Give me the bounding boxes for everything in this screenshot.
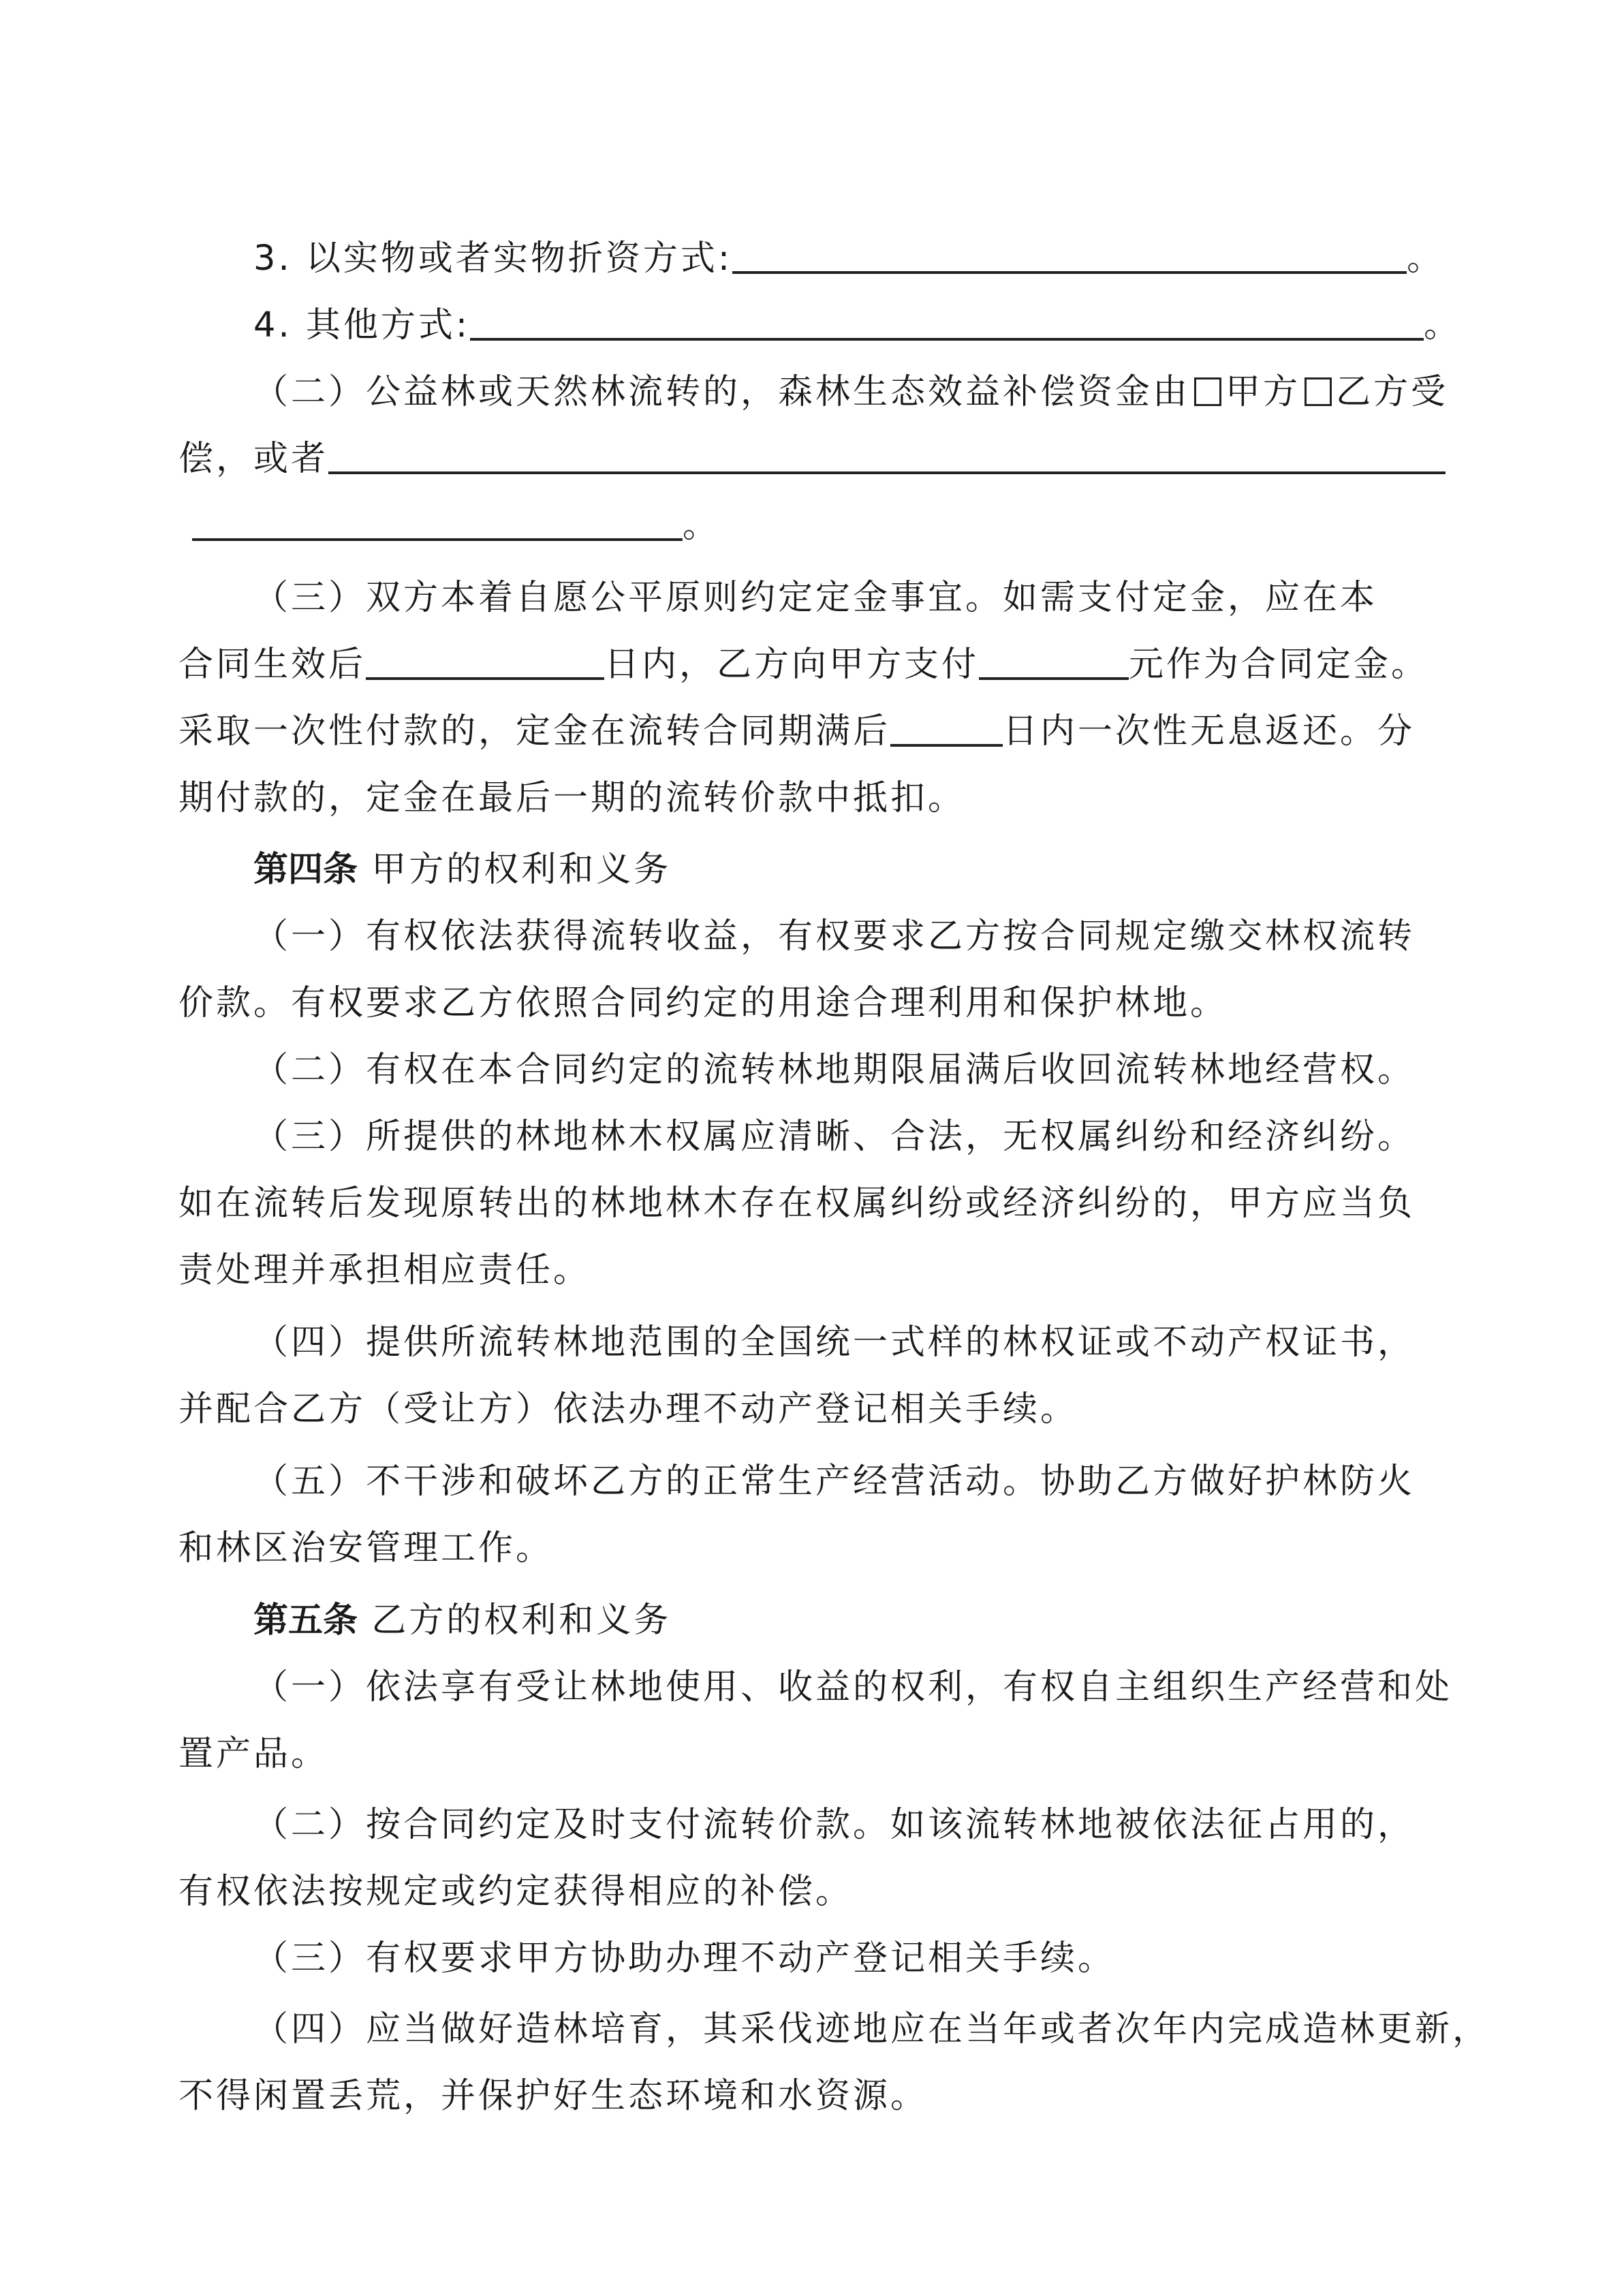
clause-3-3-line2: 合同生效后日内，乙方向甲方支付元作为合同定金。 [178, 632, 1459, 698]
clause-4-5-line2: 和林区治安管理工作。 [178, 1515, 1459, 1582]
clause-4-3-line2: 如在流转后发现原转出的林地林木存在权属纠纷或经济纠纷的，甲方应当负 [178, 1171, 1459, 1237]
label-party-a: 甲方 [1225, 372, 1300, 412]
article-title: 乙方的权利和义务 [371, 1600, 671, 1641]
clause-4-1-line1: （一）有权依法获得流转收益，有权要求乙方按合同规定缴交林权流转 [253, 903, 1459, 970]
blank-field-days[interactable] [366, 635, 604, 680]
blank-field-compensation[interactable] [328, 429, 1446, 474]
label-in-kind: 3. 以实物或者实物折资方式: [253, 238, 732, 279]
text: 日内一次性无息返还。分 [1003, 711, 1415, 751]
clause-3-2-line1: （二）公益林或天然林流转的，森林生态效益补偿资金由甲方乙方受 [253, 359, 1459, 426]
blank-field-compensation-cont[interactable] [192, 496, 683, 541]
checkbox-party-b[interactable] [1305, 377, 1332, 406]
label-other-method: 4. 其他方式: [253, 305, 470, 345]
clause-3-3-line4: 期付款的，定金在最后一期的流转价款中抵扣。 [178, 765, 1459, 832]
clause-3-2-line2: 偿，或者 [178, 426, 1459, 493]
article-title: 甲方的权利和义务 [371, 850, 671, 890]
clause-4-2: （二）有权在本合同约定的流转林地期限届满后收回流转林地经营权。 [253, 1037, 1459, 1104]
article-number: 第五条 [253, 1600, 358, 1641]
text: 合同生效后 [178, 645, 366, 685]
clause-4-1-line2: 价款。有权要求乙方依照合同约定的用途合理利用和保护林地。 [178, 970, 1459, 1037]
article-5-heading: 第五条 乙方的权利和义务 [253, 1587, 1459, 1654]
clause-4-4-line2: 并配合乙方（受让方）依法办理不动产登记相关手续。 [178, 1376, 1459, 1443]
clause-3-2-line3: 。 [192, 493, 1473, 559]
blank-field-deposit-amount[interactable] [979, 635, 1129, 680]
clause-4-4-line1: （四）提供所流转林地范围的全国统一式样的林权证或不动产权证书， [253, 1309, 1459, 1376]
clause-5-4-line1: （四）应当做好造林培育，其采伐迹地应在当年或者次年内完成造林更新， [253, 1996, 1459, 2063]
blank-field-refund-days[interactable] [890, 702, 1003, 747]
blank-field-other-method[interactable] [470, 296, 1424, 341]
payment-method-4: 4. 其他方式:。 [253, 292, 1459, 359]
clause-4-5-line1: （五）不干涉和破坏乙方的正常生产经营活动。协助乙方做好护林防火 [253, 1448, 1459, 1515]
clause-5-1-line1: （一）依法享有受让林地使用、收益的权利，有权自主组织生产经营和处 [253, 1654, 1459, 1721]
text: 日内，乙方向甲方支付 [604, 645, 979, 685]
clause-3-3-line1: （三）双方本着自愿公平原则约定定金事宜。如需支付定金，应在本 [253, 565, 1459, 632]
article-4-heading: 第四条 甲方的权利和义务 [253, 837, 1459, 903]
clause-4-3-line3: 责处理并承担相应责任。 [178, 1237, 1459, 1304]
label-party-b: 乙方受 [1336, 372, 1448, 412]
period: 。 [683, 506, 720, 546]
clause-5-3: （三）有权要求甲方协助办理不动产登记相关手续。 [253, 1925, 1459, 1992]
clause-5-2-line1: （二）按合同约定及时支付流转价款。如该流转林地被依法征占用的， [253, 1792, 1459, 1859]
clause-4-3-line1: （三）所提供的林地林木权属应清晰、合法，无权属纠纷和经济纠纷。 [253, 1104, 1459, 1171]
period: 。 [1424, 305, 1461, 345]
clause-5-2-line2: 有权依法按规定或约定获得相应的补偿。 [178, 1859, 1459, 1925]
checkbox-party-a[interactable] [1194, 377, 1221, 406]
blank-field-in-kind[interactable] [732, 229, 1407, 274]
payment-method-3: 3. 以实物或者实物折资方式:。 [253, 226, 1459, 292]
text: 采取一次性付款的，定金在流转合同期满后 [178, 711, 890, 751]
clause-3-3-line3: 采取一次性付款的，定金在流转合同期满后日内一次性无息返还。分 [178, 698, 1459, 765]
text: 元作为合同定金。 [1129, 645, 1428, 685]
text: 偿，或者 [178, 439, 328, 479]
period: 。 [1407, 238, 1444, 279]
document-page: 3. 以实物或者实物折资方式:。 4. 其他方式:。 （二）公益林或天然林流转的… [0, 0, 1624, 2294]
clause-5-1-line2: 置产品。 [178, 1721, 1459, 1788]
text: （二）公益林或天然林流转的，森林生态效益补偿资金由 [253, 372, 1190, 412]
article-number: 第四条 [253, 850, 358, 890]
clause-5-4-line2: 不得闲置丢荒，并保护好生态环境和水资源。 [178, 2063, 1459, 2130]
